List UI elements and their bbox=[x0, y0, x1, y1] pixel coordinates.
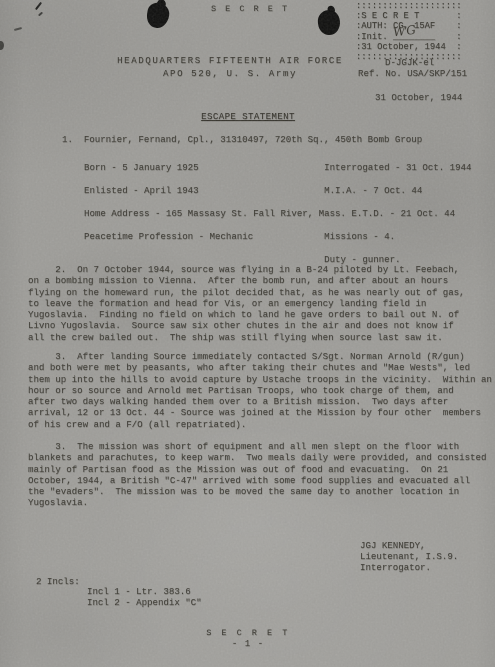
text-line: Peacetime Profession - Mechanic Missions… bbox=[84, 225, 471, 248]
paragraph-3: 3. After landing Source immediately cont… bbox=[28, 351, 492, 430]
text-line: arrival, 12 or 13 Oct. 44 - Source was j… bbox=[28, 407, 492, 418]
signature-rank: Lieutenant, I.S.9. bbox=[360, 551, 458, 562]
text-line: :S E C R E T : bbox=[356, 11, 462, 21]
signature-name: JGJ KENNEDY, bbox=[360, 540, 458, 551]
text-line: on a bombing mission to Vienna. After th… bbox=[28, 275, 465, 286]
document-date: 31 October, 1944 bbox=[375, 92, 462, 103]
text-line: them up into the hills to avoid capture … bbox=[28, 374, 492, 385]
handwritten-initials: WG bbox=[392, 23, 417, 40]
enclosures-list: Incl 1 - Ltr. 383.6 Incl 2 - Appendix "C… bbox=[87, 587, 202, 609]
signature-block: JGJ KENNEDY, Lieutenant, I.S.9. Interrog… bbox=[360, 540, 458, 574]
text-line: Livno Yugoslavia. Source saw six other c… bbox=[28, 320, 465, 331]
text-line: of his crew and a F/O (all repatriated). bbox=[28, 419, 492, 430]
enclosures-heading: 2 Incls: bbox=[36, 576, 80, 587]
letterhead-line2: APO 520, U. S. Army bbox=[30, 68, 430, 81]
text-line: after two days walking handed them over … bbox=[28, 396, 492, 407]
text-line: and both were met by peasants, who after… bbox=[28, 362, 492, 373]
letterhead: HEADQUARTERS FIFTEENTH AIR FORCE APO 520… bbox=[30, 55, 430, 80]
text-line: :31 October, 1944 : bbox=[356, 42, 462, 52]
text-line: the "evaders". The mission was to be mov… bbox=[28, 486, 486, 497]
classification-bottom: S E C R E T bbox=[198, 628, 298, 638]
paragraph-2: 2. On 7 October 1944, source was flying … bbox=[28, 264, 465, 343]
letterhead-line1: HEADQUARTERS FIFTEENTH AIR FORCE bbox=[30, 55, 430, 68]
text-line: to leave the formation and head for Vis,… bbox=[28, 298, 465, 309]
text-line: hour or so source and Arnold met Partisa… bbox=[28, 385, 492, 396]
document-title: ESCAPE STATEMENT bbox=[148, 111, 348, 122]
enclosure-item: Incl 2 - Appendix "C" bbox=[87, 598, 202, 609]
subject-line: 1. Fournier, Fernand, Cpl., 31310497, 72… bbox=[62, 134, 422, 145]
text-line: 3. The mission was short of equipment an… bbox=[28, 441, 486, 452]
text-line: flying on the homeward run, the pilot de… bbox=[28, 287, 465, 298]
text-line: :::::::::::::::::::: bbox=[356, 1, 462, 11]
text-line: 2. On 7 October 1944, source was flying … bbox=[28, 264, 465, 275]
text-line: Home Address - 165 Massasy St. Fall Rive… bbox=[84, 202, 471, 225]
text-line: blankets and parachutes, to keep warm. T… bbox=[28, 452, 486, 463]
scanned-document-page: S E C R E T :::::::::::::::::::::S E C R… bbox=[0, 0, 495, 667]
text-line: Enlisted - April 1943 M.I.A. - 7 Oct. 44 bbox=[84, 179, 471, 202]
service-data-fields: Born - 5 January 1925 Interrogated - 31 … bbox=[84, 156, 471, 271]
paragraph-4: 3. The mission was short of equipment an… bbox=[28, 441, 486, 509]
text-line: mainly of Partisan food as the Mission w… bbox=[28, 464, 486, 475]
text-line: all the crew bailed out. The ship was st… bbox=[28, 332, 465, 343]
text-line: Yugoslavia. bbox=[28, 497, 486, 508]
text-line: October, 1944, a British "C-47" arrived … bbox=[28, 475, 486, 486]
text-line: Yugoslavia. Finding no field on which to… bbox=[28, 309, 465, 320]
signature-role: Interrogator. bbox=[360, 562, 458, 573]
classification-top: S E C R E T bbox=[200, 4, 300, 14]
text-line: 3. After landing Source immediately cont… bbox=[28, 351, 492, 362]
text-line: Born - 5 January 1925 Interrogated - 31 … bbox=[84, 156, 471, 179]
page-number: - 1 - bbox=[198, 638, 298, 649]
